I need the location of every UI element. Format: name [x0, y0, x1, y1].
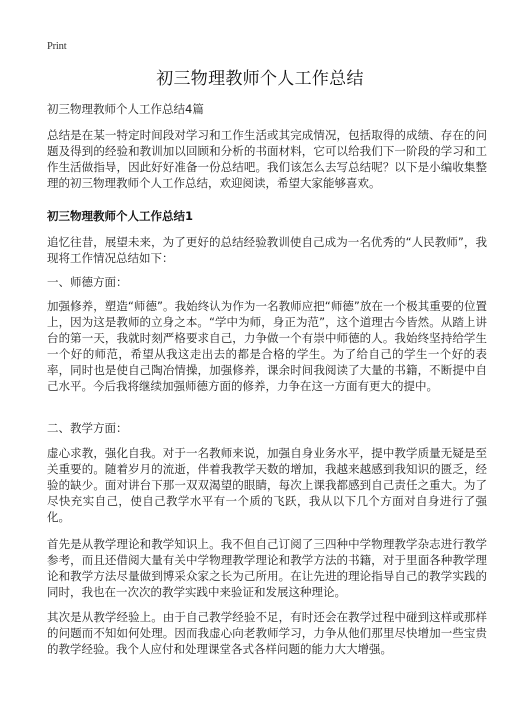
subheading-ethics: 一、师德方面：	[47, 274, 128, 290]
intro-paragraph: 总结是在某一特定时间段对学习和工作生活或其完成情况，包括取得的成绩、存在的问题及…	[47, 127, 487, 191]
page-title: 初三物理教师个人工作总结	[0, 64, 520, 89]
document-subtitle: 初三物理教师个人工作总结4篇	[47, 101, 204, 117]
print-label[interactable]: Print	[47, 41, 66, 52]
opening-paragraph: 追忆往昔，展望未来，为了更好的总结经验教训使自己成为一名优秀的“人民教师”，我现…	[47, 234, 487, 266]
teaching-paragraph: 虚心求教，强化自我。对于一名教师来说，加强自身业务水平，提中教学质量无疑是至关重…	[47, 445, 487, 525]
theory-paragraph: 首先是从教学理论和教学知识上。我不但自己订阅了三四种中学物理教学杂志进行教学参考…	[47, 536, 487, 600]
experience-paragraph: 其次是从教学经验上。由于自己教学经验不足，有时还会在教学过程中碰到这样或那样的问…	[47, 609, 487, 657]
ethics-paragraph: 加强修养，塑造“师德”。我始终认为作为一名教师应把“师德”放在一个极其重要的位置…	[47, 298, 487, 394]
subheading-teaching: 二、教学方面：	[47, 420, 128, 436]
section-heading-1: 初三物理教师个人工作总结1	[47, 208, 193, 224]
